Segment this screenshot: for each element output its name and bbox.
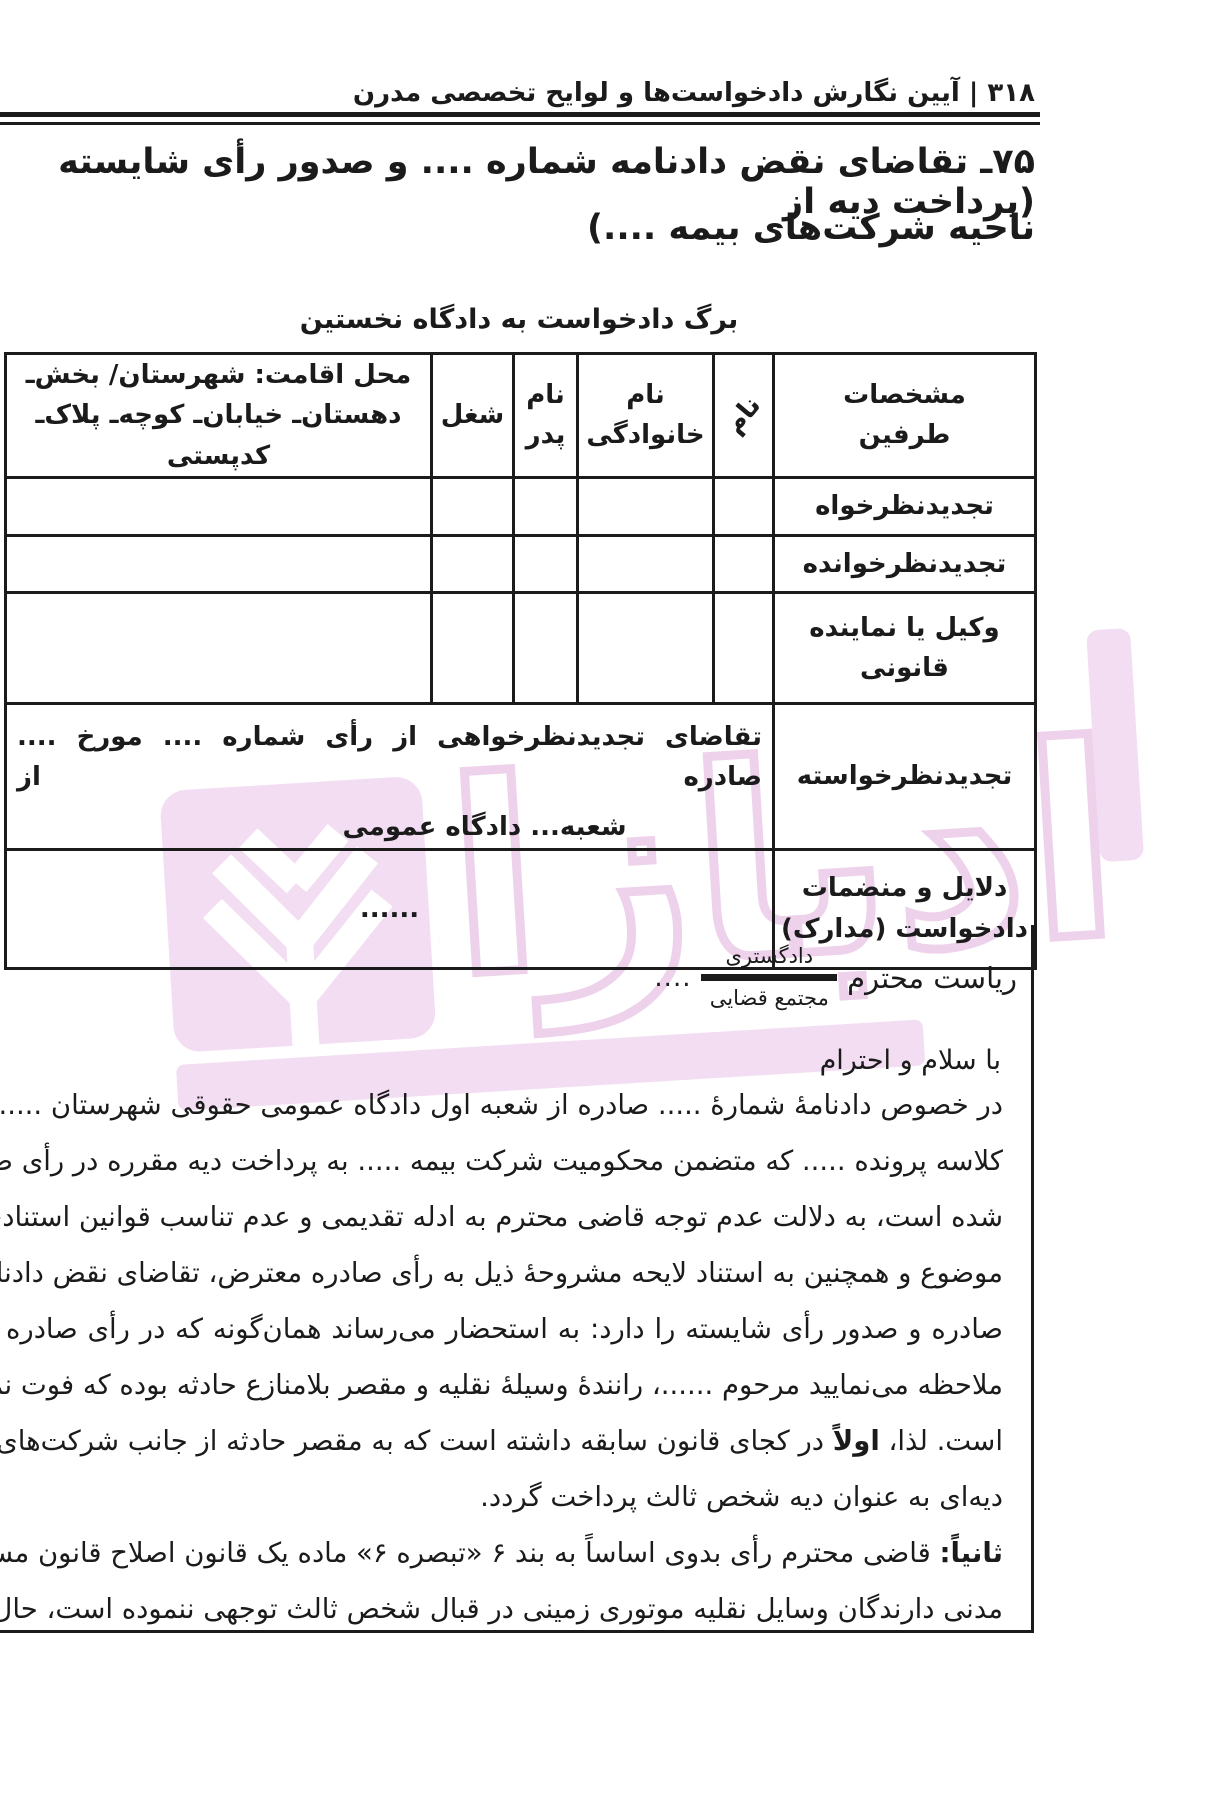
body-line: مدنی دارندگان وسایل نقلیه موتوری زمینی د… [6, 1581, 1003, 1637]
table-row-attorney: وکیل یا نماینده قانونی [6, 592, 1036, 703]
section-title-line2: ناحیه شرکت‌های بیمه ....) [0, 208, 1035, 248]
form-caption: برگ دادخواست به دادگاه نخستین [4, 304, 1034, 335]
petition-body: در خصوص دادنامهٔ شمارهٔ ..... صادره از ش… [6, 1077, 1003, 1637]
greeting: با سلام و احترام [820, 1045, 1001, 1076]
col-father-line1: نام [515, 375, 576, 415]
body-line: کلاسه پرونده ..... که متضمن محکومیت شرکت… [6, 1133, 1003, 1189]
relief-text-line2: شعبه... دادگاه عمومی [102, 797, 867, 847]
fraction-bottom: مجتمع قضایی [701, 981, 837, 1015]
page-content: ۳۱۸ | آیین نگارش دادخواست‌ها و لوایح تخص… [0, 0, 1211, 1808]
body-line: موضوع و همچنین به استناد لایحه مشروحهٔ ذ… [6, 1245, 1003, 1301]
appellant-residence-cell [6, 477, 432, 535]
col-first-name-label: نام [716, 388, 772, 443]
body-line: صادره و صدور رأی شایسته را دارد: به استح… [6, 1301, 1003, 1357]
col-surname-line1: نام [579, 375, 712, 415]
col-surname: نام خانوادگی [578, 354, 714, 478]
attorney-label-line2: قانونی [775, 648, 1034, 688]
petition-text-box: ریاست محترم دادگستری مجتمع قضایی .... با… [0, 925, 1034, 1633]
appellant-job-cell [432, 477, 514, 535]
header-double-rule [0, 112, 1040, 125]
col-residence: محل اقامت: شهرستان/ بخش‌ـ دهستان‌ـ خیابا… [6, 354, 432, 478]
appellee-name-cell [714, 535, 774, 592]
appellee-label: تجدیدنظرخوانده [774, 535, 1036, 592]
petition-form-table: مشخصات طرفین نام نام خانوادگی نام پدر شغ… [4, 352, 1037, 970]
body-line: ملاحظه می‌نمایید مرحوم ......، رانندهٔ و… [6, 1357, 1003, 1413]
attorney-label-line1: وکیل یا نماینده [775, 608, 1034, 648]
col-father-name: نام پدر [514, 354, 578, 478]
attorney-residence-cell [6, 592, 432, 703]
appellee-job-cell [432, 535, 514, 592]
col-residence-line1: محل اقامت: شهرستان/ بخش‌ـ [7, 355, 430, 395]
attorney-name-cell [714, 592, 774, 703]
court-fraction: دادگستری مجتمع قضایی [701, 941, 837, 1014]
relief-text-cell: تقاضای تجدیدنظرخواهی از رأی شماره .... م… [6, 703, 774, 849]
table-header-row: مشخصات طرفین نام نام خانوادگی نام پدر شغ… [6, 354, 1036, 478]
col-first-name: نام [714, 354, 774, 478]
evidence-label-line1: دلایل و منضمات [775, 868, 1034, 908]
body-line: شده است، به دلالت عدم توجه قاضی محترم به… [6, 1189, 1003, 1245]
appellant-surname-cell [578, 477, 714, 535]
col-parties-line1: مشخصات [775, 375, 1034, 415]
appellant-name-cell [714, 477, 774, 535]
book-page: دادبازار ۳۱۸ | آیین نگارش دادخواست‌ها و … [0, 0, 1211, 1808]
appellee-residence-cell [6, 535, 432, 592]
salutation: ریاست محترم دادگستری مجتمع قضایی .... [654, 941, 1017, 1014]
salutation-dots: .... [654, 963, 691, 993]
attorney-surname-cell [578, 592, 714, 703]
attorney-label: وکیل یا نماینده قانونی [774, 592, 1036, 703]
body-line: در خصوص دادنامهٔ شمارهٔ ..... صادره از ش… [6, 1077, 1003, 1133]
col-residence-line2: دهستان‌ـ خیابان‌ـ کوچه‌ـ پلاک‌ـ کدپستی [7, 395, 430, 476]
appellee-father-cell [514, 535, 578, 592]
body-line: ثانیاً: قاضی محترم رأی بدوی اساساً به بن… [6, 1525, 1003, 1581]
col-parties-line2: طرفین [775, 415, 1034, 455]
attorney-job-cell [432, 592, 514, 703]
col-father-line2: پدر [515, 415, 576, 455]
body-line: است. لذا، اولاً در کجای قانون سابقه داشت… [6, 1413, 1003, 1469]
body-line: دیه‌ای به عنوان دیه شخص ثالث پرداخت گردد… [6, 1469, 1003, 1525]
running-head: ۳۱۸ | آیین نگارش دادخواست‌ها و لوایح تخص… [0, 78, 1035, 108]
table-row-appellee: تجدیدنظرخوانده [6, 535, 1036, 592]
col-job: شغل [432, 354, 514, 478]
fraction-top: دادگستری [701, 941, 837, 981]
appellant-father-cell [514, 477, 578, 535]
appellee-surname-cell [578, 535, 714, 592]
salutation-text: ریاست محترم [847, 961, 1017, 995]
table-row-appellant: تجدیدنظرخواه [6, 477, 1036, 535]
table-row-relief: تجدیدنظرخواسته تقاضای تجدیدنظرخواهی از ر… [6, 703, 1036, 849]
col-surname-line2: خانوادگی [579, 415, 712, 455]
col-parties: مشخصات طرفین [774, 354, 1036, 478]
relief-text-line1: تقاضای تجدیدنظرخواهی از رأی شماره .... م… [7, 705, 772, 798]
appellant-label: تجدیدنظرخواه [774, 477, 1036, 535]
attorney-father-cell [514, 592, 578, 703]
